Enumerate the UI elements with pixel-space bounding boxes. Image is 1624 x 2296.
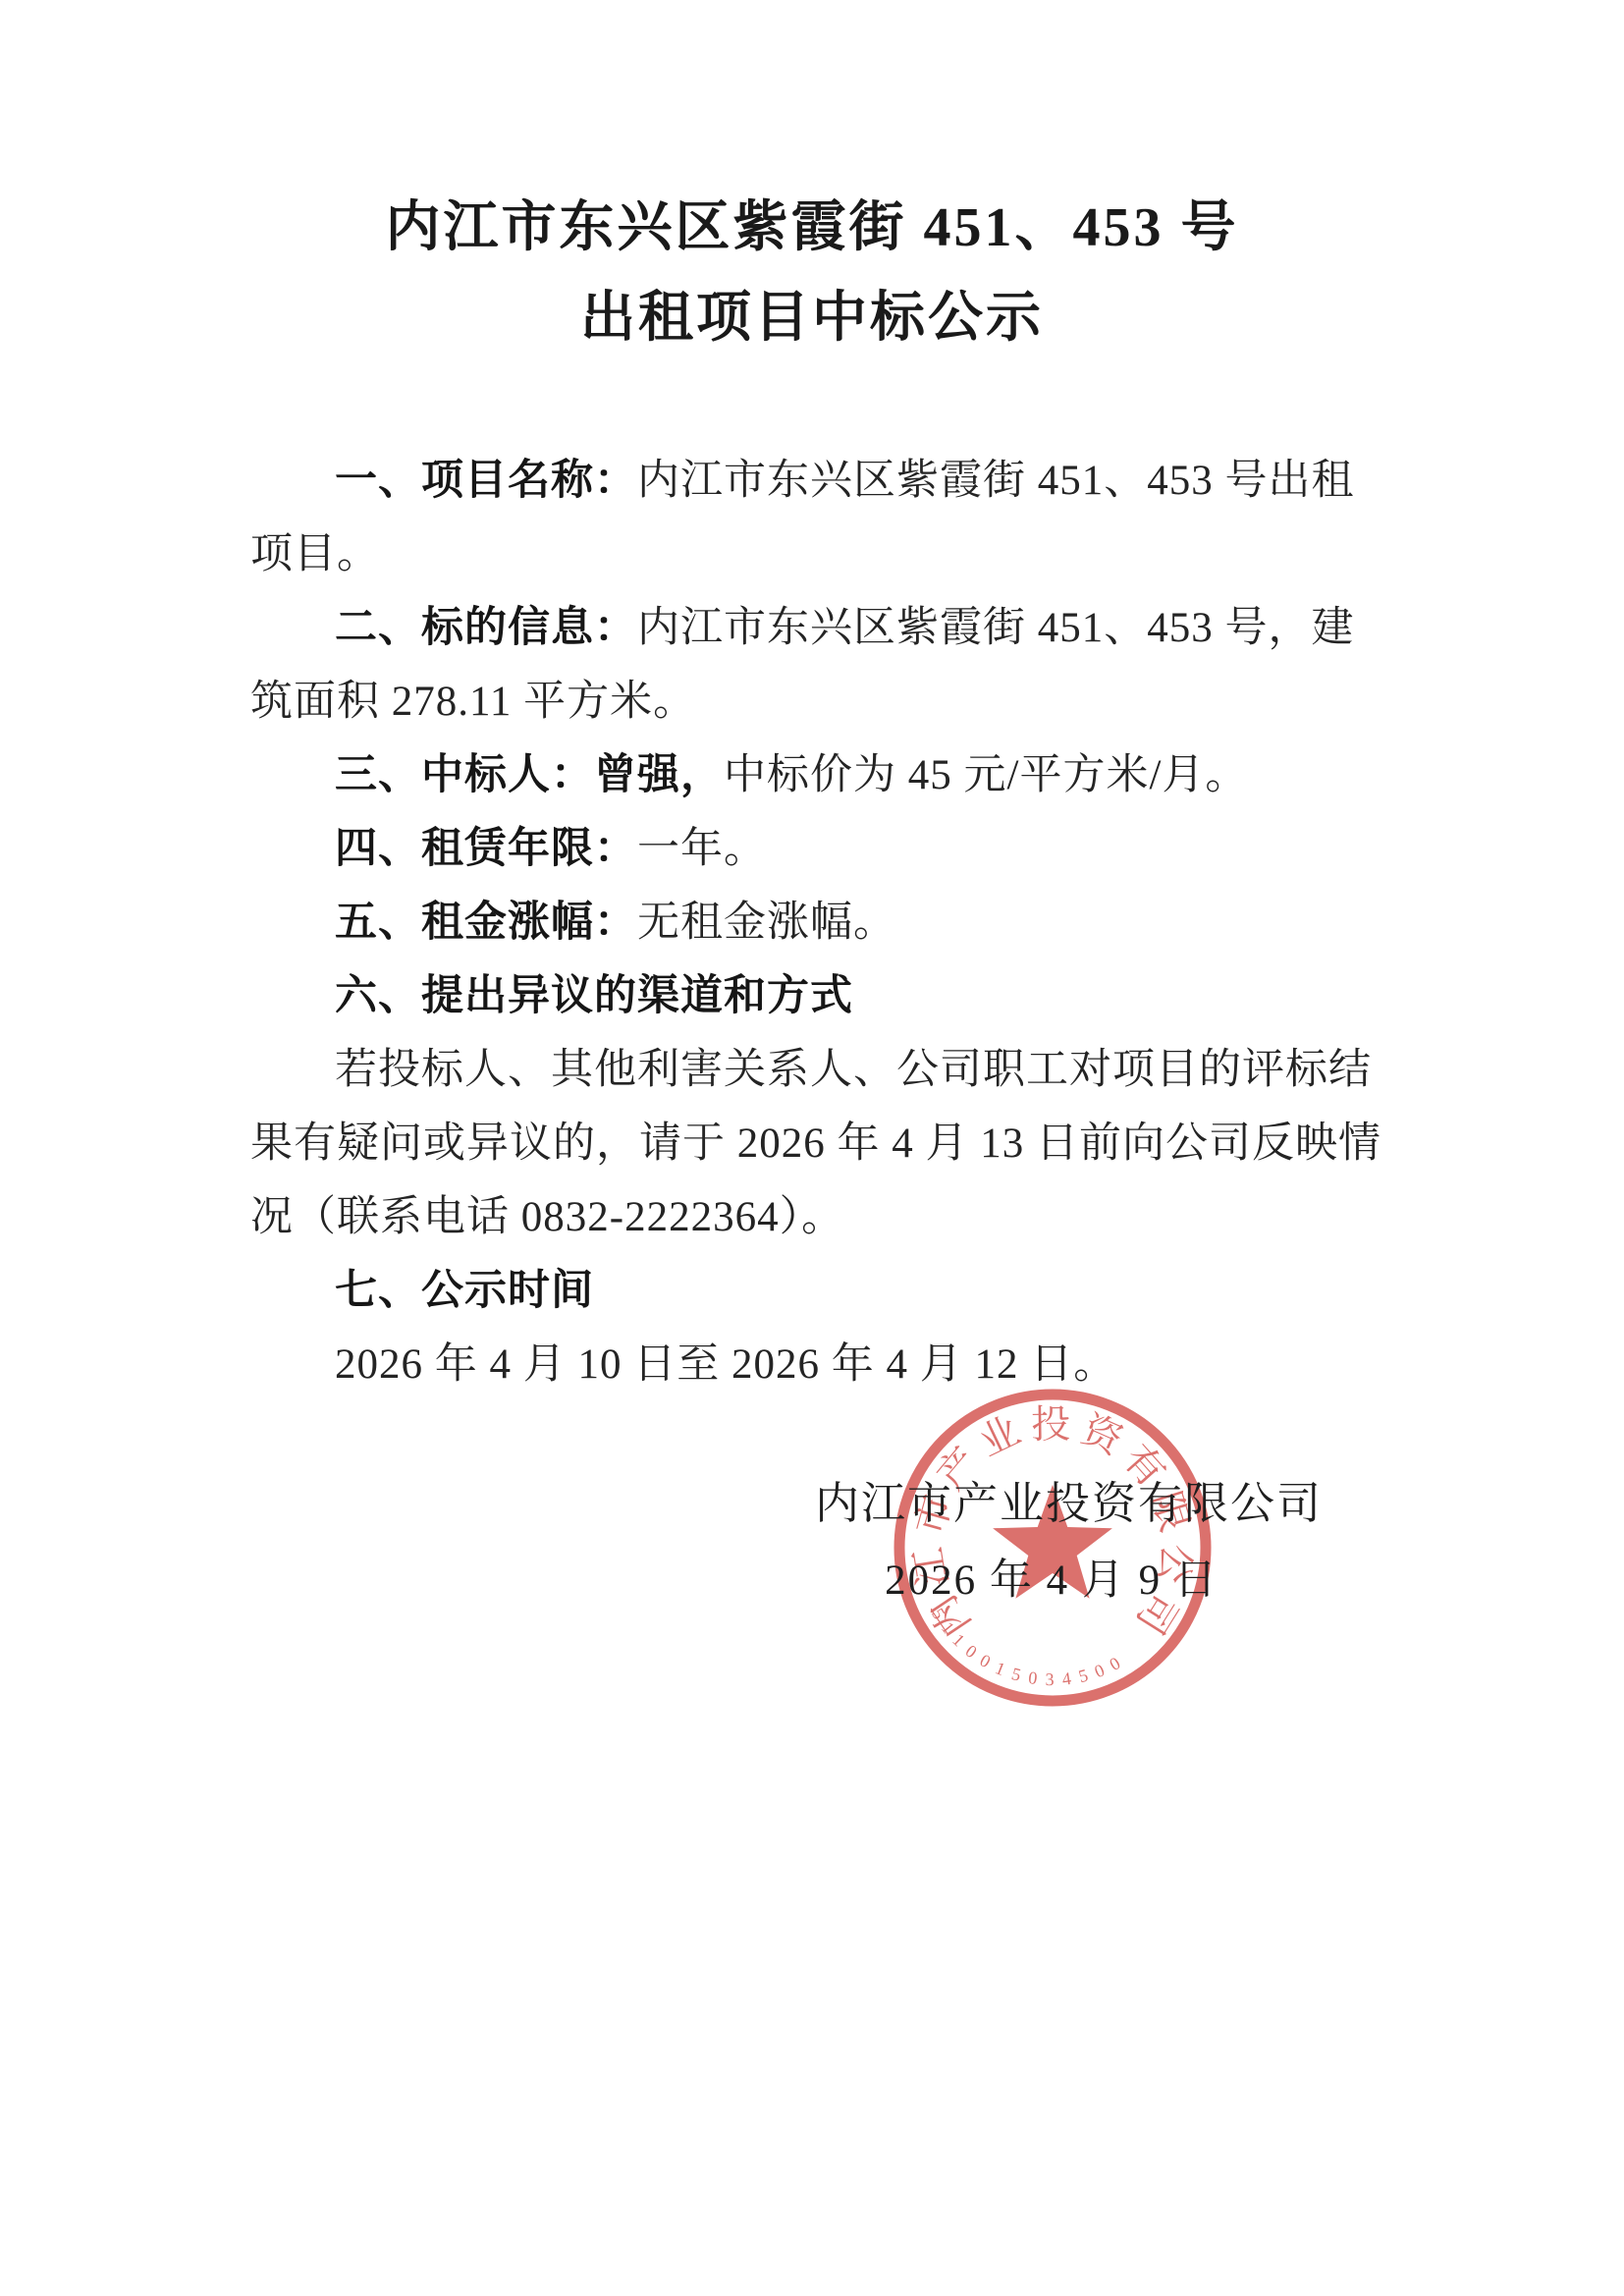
body-line: 五、租金涨幅：无租金涨幅。 [250,886,1395,959]
body-line: 一、项目名称：内江市东兴区紫霞街 451、453 号出租 [250,444,1395,518]
body-line: 四、租赁年限：一年。 [250,812,1395,886]
document-page: 内江市东兴区紫霞街 451、453 号 出租项目中标公示 一、项目名称：内江市东… [0,0,1624,2296]
body-line: 况（联系电话 0832-2222364）。 [250,1180,1395,1254]
line-text: 中标价为 45 元/平方米/月。 [724,752,1248,798]
line-text: 果有疑问或异议的，请于 2026 年 4 月 13 日前向公司反映情 [250,1121,1381,1167]
body-line: 若投标人、其他利害关系人、公司职工对项目的评标结 [250,1033,1395,1107]
line-text: 内江市东兴区紫霞街 451、453 号，建 [637,605,1355,651]
section-heading: 三、中标人：曾强， [335,750,724,799]
section-heading: 六、提出异议的渠道和方式 [335,971,853,1020]
section-heading: 五、租金涨幅： [335,898,637,947]
title-line-2: 出租项目中标公示 [0,273,1624,363]
document-title: 内江市东兴区紫霞街 451、453 号 出租项目中标公示 [0,183,1624,363]
line-text: 一年。 [637,826,767,872]
signature-date: 2026 年 4 月 9 日 [815,1554,1288,1609]
title-line-1: 内江市东兴区紫霞街 451、453 号 [0,183,1624,273]
section-heading: 二、标的信息： [335,603,637,652]
body-line: 六、提出异议的渠道和方式 [250,959,1395,1033]
section-heading: 一、项目名称： [335,456,637,505]
line-text: 项目。 [250,531,380,577]
signature-company-name: 内江市产业投资有限公司 [815,1475,1288,1532]
body-line: 筑面积 278.11 平方米。 [250,665,1395,738]
body-line: 项目。 [250,518,1395,591]
body-line: 七、公示时间 [250,1254,1395,1328]
line-text: 筑面积 278.11 平方米。 [250,679,696,725]
document-body: 一、项目名称：内江市东兴区紫霞街 451、453 号出租 项目。 二、标的信息：… [250,444,1395,1401]
line-text: 无租金涨幅。 [637,900,896,946]
body-line: 三、中标人：曾强，中标价为 45 元/平方米/月。 [250,738,1395,812]
line-text: 若投标人、其他利害关系人、公司职工对项目的评标结 [335,1047,1372,1093]
body-line: 果有疑问或异议的，请于 2026 年 4 月 13 日前向公司反映情 [250,1107,1395,1180]
section-heading: 七、公示时间 [335,1266,594,1315]
line-text: 内江市东兴区紫霞街 451、453 号出租 [637,458,1355,504]
section-heading: 四、租赁年限： [335,824,637,873]
line-text: 况（联系电话 0832-2222364）。 [250,1194,844,1240]
body-line: 二、标的信息：内江市东兴区紫霞街 451、453 号，建 [250,591,1395,665]
signature-block: 内江市产业投资有限公司 2026 年 4 月 9 日 [815,1475,1288,1609]
